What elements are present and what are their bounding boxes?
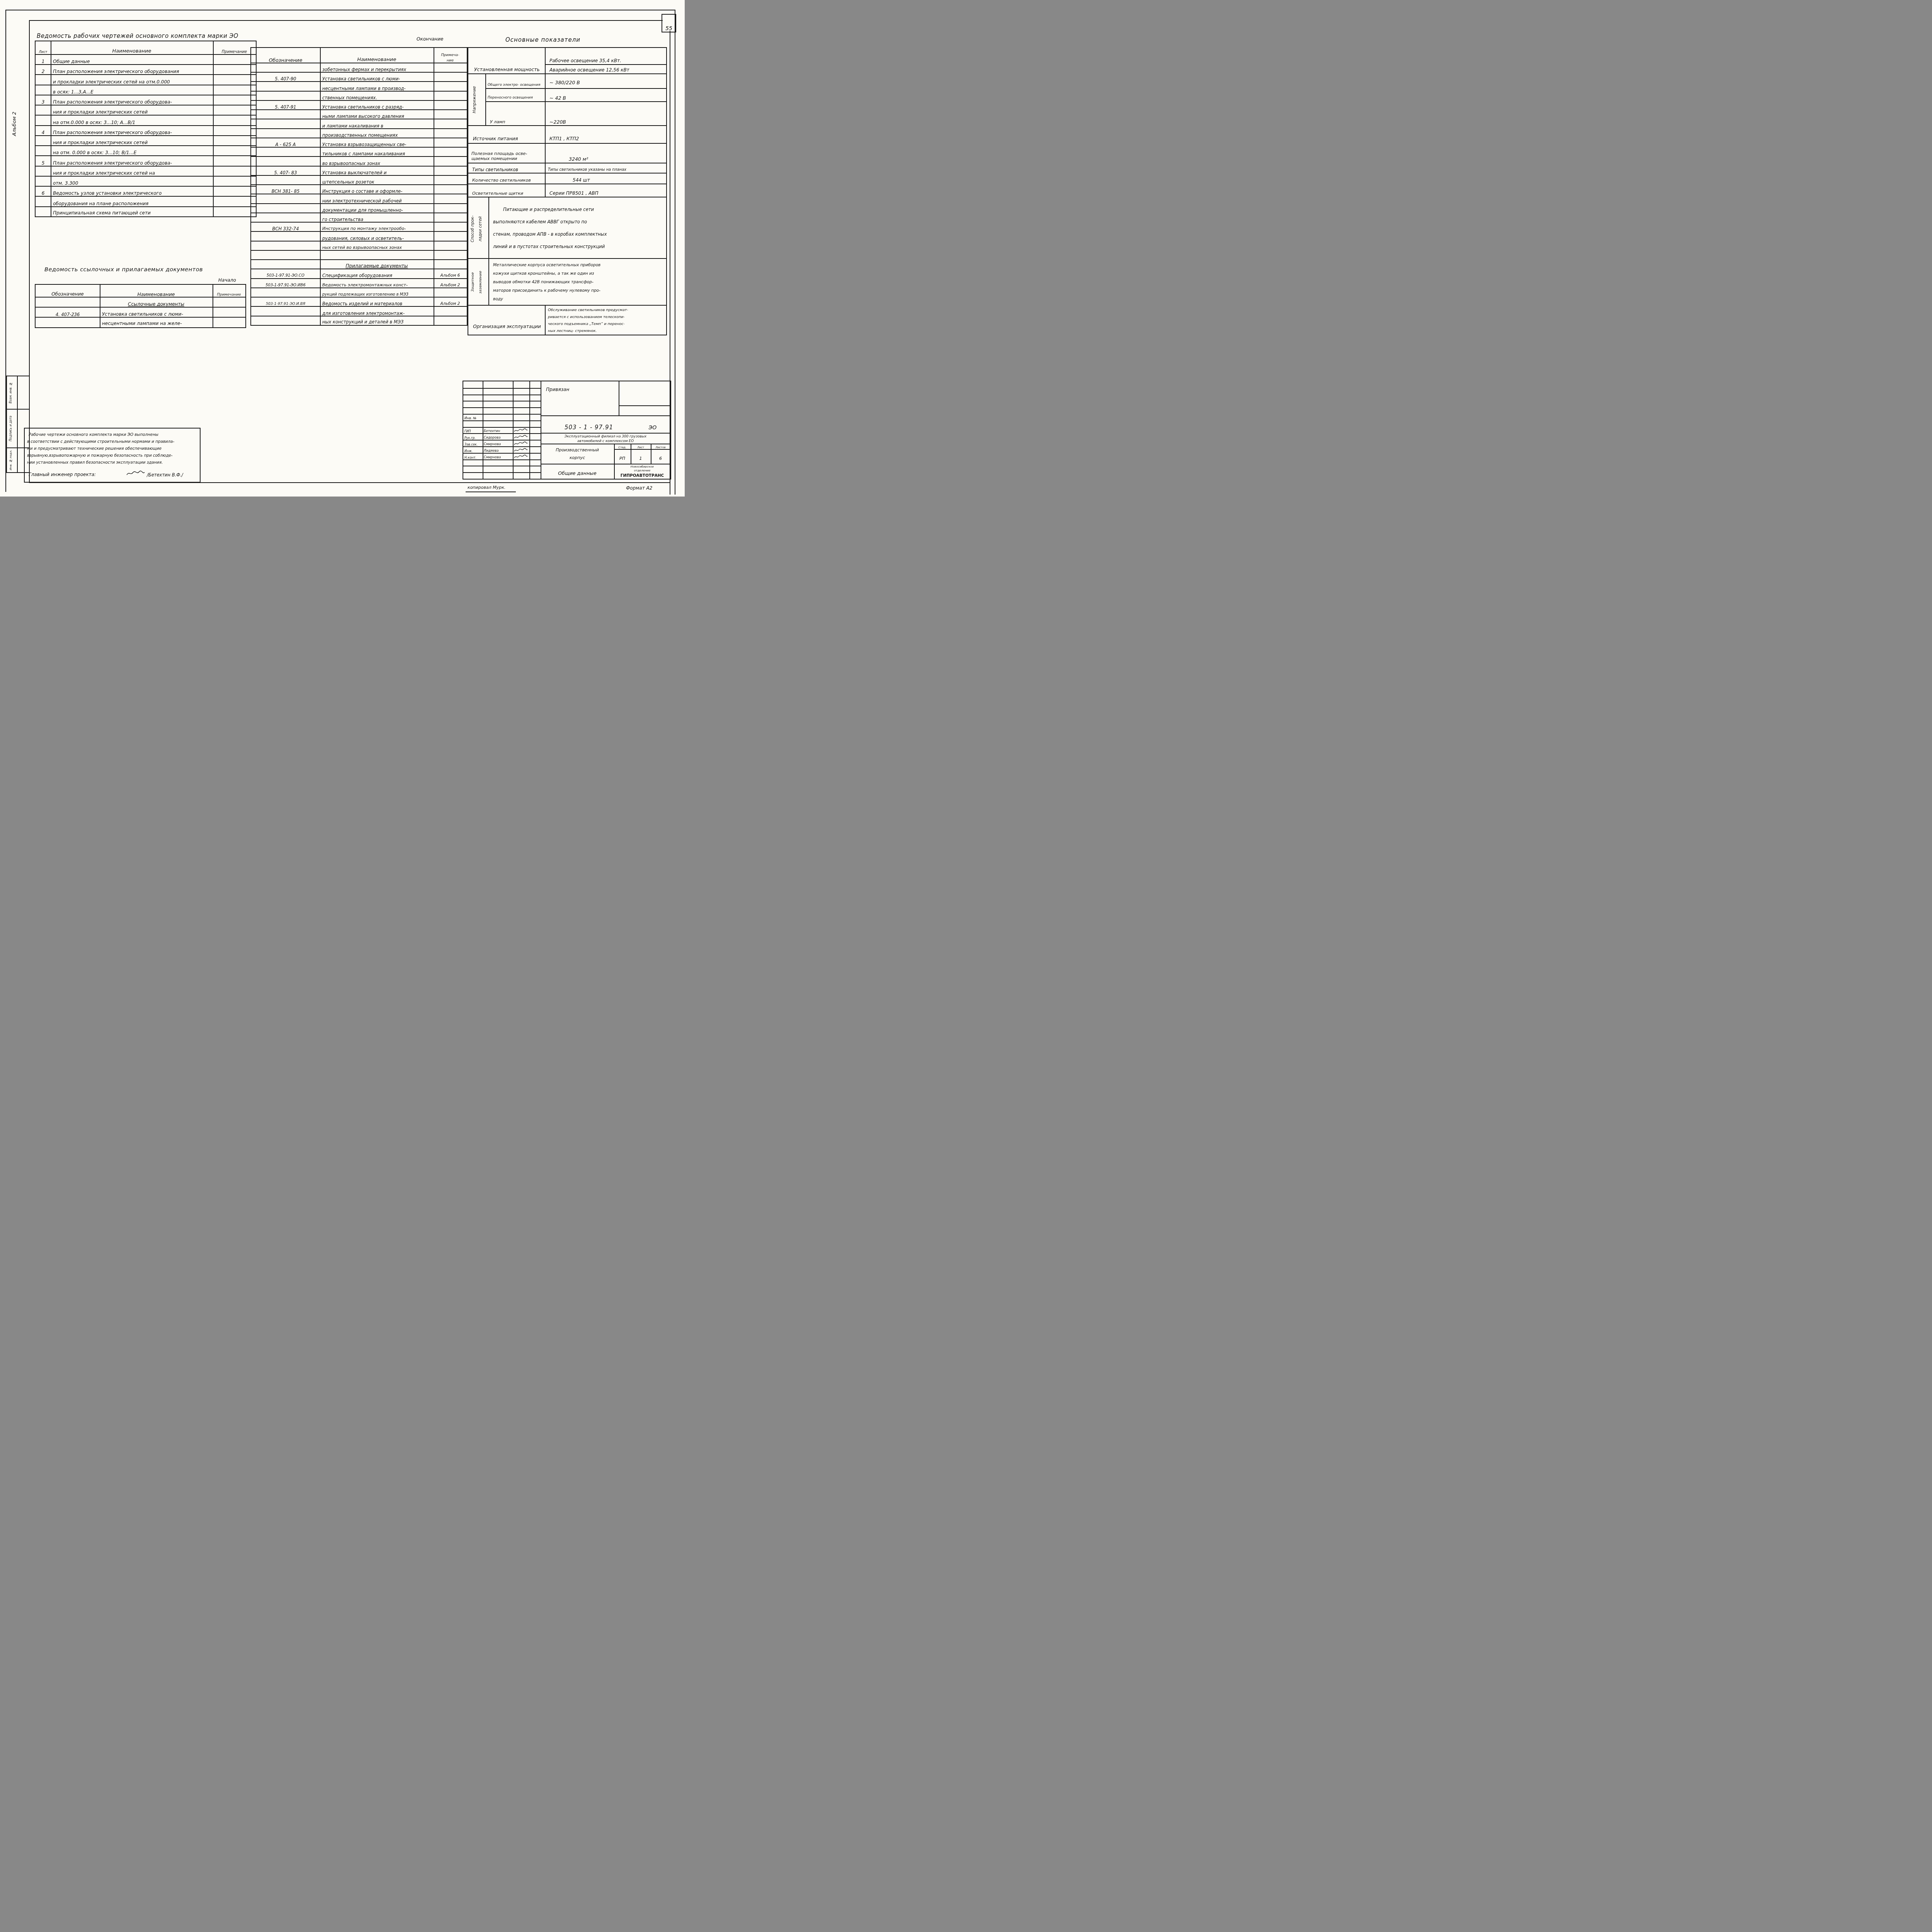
doclist-row-text: Установка светильников с разряд- (322, 100, 434, 111)
grid-line (463, 401, 541, 401)
reflist-col-note: Примечание (213, 285, 245, 298)
worklist-row-text: на отм. 0.000 в осях: 3...10; В/1...Е (53, 145, 211, 156)
worklist-row-num: 4 (36, 125, 51, 136)
oper-line: ческого подъемника „Темп“ и перенос- (548, 320, 665, 327)
voltage-portable-value: ~ 42 В (549, 89, 664, 102)
worklist-col-note: Примечание (213, 41, 256, 55)
grid-line (541, 415, 670, 416)
approved-label: Привязан (546, 384, 604, 393)
method-label-l1: Способ прок- (471, 202, 475, 256)
grid-line (463, 466, 541, 466)
page-number: 55 (662, 15, 675, 33)
reflist-row-text: Установка светильников с люми- (102, 307, 213, 318)
doclist-section: Прилагаемые документы (320, 259, 434, 270)
doclist-row-note: Альбом 2 (434, 278, 467, 289)
format-label: Формат А2 (626, 484, 668, 492)
reflist-title: Ведомость ссылочных и прилагаемых докуме… (44, 265, 203, 274)
doclist-row-text: Ведомость электромонтажных конст- (322, 278, 434, 289)
ground-line: воду (493, 294, 665, 303)
grid-line (468, 305, 666, 306)
voltage-lamps-value: ~220В (549, 110, 664, 126)
doclist-row-text: Инструкция по монтажу электрообо- (322, 222, 434, 232)
voltage-portable-label: Переносного освещения (488, 88, 543, 101)
worklist-row-text: отм. 3.300 (53, 176, 211, 187)
doclist-row-note: Альбом 2 (434, 297, 467, 307)
count-label: Количество светильников (472, 173, 543, 184)
worklist-row-num: 6 (36, 186, 51, 197)
worklist-row-text: Принципиальная схема питающей сети (53, 206, 211, 217)
reflist-row-text: несцентными лампами на желе- (102, 317, 213, 327)
method-line: Питающие и распределительные сети (503, 199, 665, 213)
grid-line (51, 41, 51, 216)
side-stamp-label-vzam: Взам. инв. № (9, 378, 12, 408)
worklist-row-num: 5 (36, 155, 51, 167)
doclist-row-code: 5. 407-91 (251, 100, 320, 111)
worklist-row-text: Ведомость узлов установки электрического (53, 186, 211, 197)
copy-underline (466, 492, 516, 492)
worklist-table: Лист Наименование Примечание 1 Общие дан… (35, 41, 257, 217)
signature-icon (514, 441, 528, 446)
reflist-section: Ссылочные документы (100, 297, 213, 308)
doclist-row-text: ных сетей во взрывоопасных зонах (322, 241, 434, 251)
method-line: стенам, проводом АПВ - в коробах комплек… (493, 224, 665, 238)
panels-value: Серии ПР8501 , АВП (549, 185, 664, 197)
signature-icon (126, 470, 145, 476)
org-name: ГИПРОАВТОТРАНС (615, 472, 670, 479)
note-signer: /Бетехтин В.Ф./ (147, 468, 197, 478)
doclist-row-text: ными лампами высокого давления (322, 109, 434, 120)
sheet-col-label: Лист (631, 444, 651, 449)
doclist-row-text: Установка взрывозащищенных све- (322, 138, 434, 148)
grid-line (485, 73, 486, 125)
grid-line (320, 48, 321, 325)
worklist-col-sheet: Лист (36, 41, 51, 55)
doclist-row-code: ВСН 381- 85 (251, 184, 320, 195)
worklist-row-text: ния и прокладки электрических сетей (53, 135, 211, 146)
doclist-col-note-l2: ние (434, 56, 467, 64)
doclist-row-code: 503-1-97.91-ЭО.СО (251, 269, 320, 279)
ground-label-l1: Защитное (471, 263, 475, 301)
note-line: нии установленных правил безопасности эк… (27, 458, 197, 466)
doclist-row-text: нии электротехнической рабочей (322, 194, 434, 204)
album-label: Альбом 2 (12, 87, 17, 160)
signature-icon (514, 448, 528, 452)
grid-line (463, 395, 541, 395)
doc-mark: ЭО (641, 418, 664, 432)
drawing-sheet: 55 Альбом 2 Взам. инв. № Подпись и дата … (0, 0, 685, 497)
doclist-col-code: Обозначение (251, 48, 320, 64)
building-name: корпус (542, 453, 612, 461)
stage-value: РП (614, 451, 631, 462)
worklist-row-text: на отм.0.000 в осях: 3...10; А...В/1 (53, 115, 211, 126)
doclist-row-text: Инструкция о составе и оформле- (322, 184, 434, 195)
doclist-row-text: го строительства (322, 213, 434, 223)
doclist-row-text: несцентными лампами в производ- (322, 81, 434, 92)
grid-line (463, 407, 541, 408)
doclist-row-text: Ведомость изделий и материалов (322, 297, 434, 307)
count-value: 544 шт (573, 173, 664, 184)
worklist-row-num: 1 (36, 54, 51, 65)
doclist-row-text: рудования, силовых и осветитель- (322, 231, 434, 242)
ground-line: кожухи щитков кронштейны, а так же один … (493, 268, 665, 277)
doclist-row-text: для изготовления электромонтаж- (322, 306, 434, 317)
doclist-row-text: Спецификация оборудования (322, 269, 434, 279)
note-signoff: Главный инженер проекта: (29, 468, 125, 478)
signature-icon (514, 454, 528, 459)
signature-icon (514, 435, 528, 439)
ground-line: выводов обмотки 42В понижающих трансфор- (493, 277, 665, 286)
worklist-row-text: оборудования на плане расположения (53, 196, 211, 207)
doclist-row-text: производственных помещениях (322, 128, 434, 139)
doclist-row-text: Установка светильников с люми- (322, 72, 434, 82)
method-line: выполняются кабелем АВВГ открыто по (493, 212, 665, 225)
building-name: Производственный (542, 445, 612, 452)
worklist-row-text: План расположения электрического оборудо… (53, 64, 211, 75)
ground-line: маторов присоединить к рабочему нулевому… (493, 285, 665, 294)
sheets-col-label: Листов (651, 444, 670, 449)
voltage-general-value: ~ 380/220 В (549, 74, 664, 86)
worklist-row-text: ния и прокладки электрических сетей (53, 105, 211, 116)
side-stamp-label-podpis: Подпись и дата (9, 410, 12, 447)
worklist-row-text: Общие данные (53, 54, 211, 65)
grid-line (468, 143, 666, 144)
power-work-value: Рабочее освещение 35,4 кВт. (549, 49, 664, 65)
reflist-marker: Начало (218, 276, 236, 284)
reflist-col-name: Наименование (100, 285, 213, 298)
project-line: Эксплуатационный филиал на 300 грузовых (542, 434, 669, 439)
source-label: Источник питания (473, 129, 543, 143)
reflist-table: Обозначение Наименование Примечание Ссыл… (35, 284, 246, 328)
worklist-row-num: 2 (36, 64, 51, 75)
worklist-title: Ведомость рабочих чертежей основного ком… (37, 31, 238, 41)
method-line: линий и в пустотах строительных конструк… (493, 236, 665, 250)
doclist-row-code: А - 625 А (251, 138, 320, 148)
outer-border-top (5, 10, 675, 10)
reflist-col-code: Обозначение (36, 285, 100, 298)
doclist-col-note-l1: Примеча- (434, 48, 467, 57)
sheet-value: 1 (631, 451, 651, 462)
oper-line: Обслуживание светильников предусмат- (548, 306, 665, 313)
doclist-row-code: 5. 407- 83 (251, 166, 320, 176)
grid-line (17, 376, 18, 472)
power-emerg-value: Аварийное освещение 12,56 кВт (549, 65, 664, 74)
doclist-marker: Окончание (417, 35, 443, 43)
copy-label: копировал Мурк. (468, 483, 529, 491)
grid-line (488, 197, 489, 305)
doclist-row-code: ВСН 332-74 (251, 222, 320, 232)
doclist-row-text: зобетонных фермах и перекрытиях (322, 63, 434, 73)
sheet-title: Общие данные (542, 466, 612, 477)
doclist-row-text: тильников с лампами накаливания (322, 147, 434, 157)
frame-top (29, 20, 663, 21)
inv-no-label: Инв. № (464, 414, 488, 422)
side-stamp-label-inv: Инв. № подл. (9, 449, 12, 471)
oper-line: ривается с использованием телескопи- (548, 313, 665, 320)
sheets-value: 6 (651, 451, 670, 462)
doclist-row-code: 503-1-97.91-ЭО.И.ВЯ (251, 297, 320, 307)
grid-line (529, 381, 530, 479)
ground-line: Металлические корпуса осветительных приб… (493, 260, 665, 269)
grid-line (463, 472, 541, 473)
page-number-box: 55 (662, 14, 676, 32)
source-value: КТП1 , КТП2 (549, 129, 664, 143)
doclist-row-text: и лампами накаливания в (322, 119, 434, 129)
area-label: Полезная площадь осве- щаемых помещении (471, 145, 543, 163)
area-value: 3240 м² (569, 146, 664, 163)
person-role: Н.конт. (464, 453, 482, 461)
indicators-title: Основные показатели (498, 36, 587, 44)
stage-col-label: Стад. (614, 444, 631, 449)
grid-line (545, 48, 546, 197)
worklist-row-text: ния и прокладки электрических сетей на (53, 166, 211, 177)
oper-line: ных лестниц- стремянок. (548, 327, 665, 334)
project-line: автомобилей с комплексом ЕО (542, 439, 669, 444)
worklist-col-name: Наименование (51, 41, 213, 55)
voltage-general-label: Общего электро- освещения (488, 74, 543, 88)
worklist-row-text: План расположения электрического оборудо… (53, 125, 211, 136)
doclist-row-note: Альбом 6 (434, 269, 467, 279)
worklist-row-text: и прокладки электрических сетей на отм.0… (53, 74, 211, 86)
grid-line (545, 305, 546, 335)
power-label: Установленная мощность (472, 49, 542, 73)
grid-line (7, 409, 29, 410)
doclist-table: Обозначение Наименование Примеча- ние зо… (250, 47, 468, 326)
method-label-l2: ладки сетей (478, 202, 483, 256)
types-value: Типы светильников указаны на планах (548, 163, 665, 173)
types-label: Типы светильников (472, 163, 543, 173)
doclist-row-text: рукций подлежащих изготовлению в МЭЗ (322, 287, 434, 298)
outer-border-right (675, 10, 675, 495)
doclist-row-text: ственных помещениях. (322, 91, 434, 101)
note-box: Рабочие чертежи основного комплекта марк… (24, 428, 201, 483)
ground-label-l2: заземление (478, 263, 483, 301)
worklist-row-text: План расположения электрического оборудо… (53, 95, 211, 106)
voltage-lamps-label: У ламп (490, 110, 543, 126)
indicators-table: Установленная мощность Рабочее освещение… (468, 47, 667, 335)
signature-icon (514, 428, 528, 433)
doclist-row-text: во взрывоопасных зонах (322, 156, 434, 167)
worklist-row-text: в осях: 1...3,А...Е (53, 85, 211, 96)
panels-label: Осветительные щитки (472, 185, 543, 197)
title-block: Инв. № ГИП Бетехтин Рук.гр. Сидорова Зав… (463, 381, 671, 480)
reflist-row-code: 4. 407-236 (36, 307, 100, 318)
doclist-row-text: ных конструкций и деталей в МЭЗ (322, 316, 434, 325)
doc-number: 503 - 1 - 97.91 (550, 418, 628, 432)
doclist-row-text: штепсельных розеток (322, 175, 434, 185)
oper-label: Организация эксплуатации (472, 310, 542, 331)
doclist-row-code: 5. 407-90 (251, 72, 320, 82)
person-name: Смирнова (484, 453, 512, 461)
voltage-label: Напряжение (472, 77, 477, 123)
doclist-col-name: Наименование (320, 48, 434, 64)
worklist-row-num: 3 (36, 95, 51, 106)
grid-line (483, 381, 483, 479)
grid-line (619, 381, 619, 415)
doclist-row-text: документации для промышленно- (322, 203, 434, 214)
grid-line (619, 405, 670, 406)
doclist-row-text: Установка выключателей и (322, 166, 434, 176)
worklist-row-text: План расположения электрического оборудо… (53, 155, 211, 167)
grid-line (513, 381, 514, 479)
grid-line (468, 258, 666, 259)
grid-line (213, 41, 214, 216)
grid-line (463, 388, 541, 389)
doclist-row-code: 503-1-97.91-ЭО.ИВ6 (251, 278, 320, 289)
